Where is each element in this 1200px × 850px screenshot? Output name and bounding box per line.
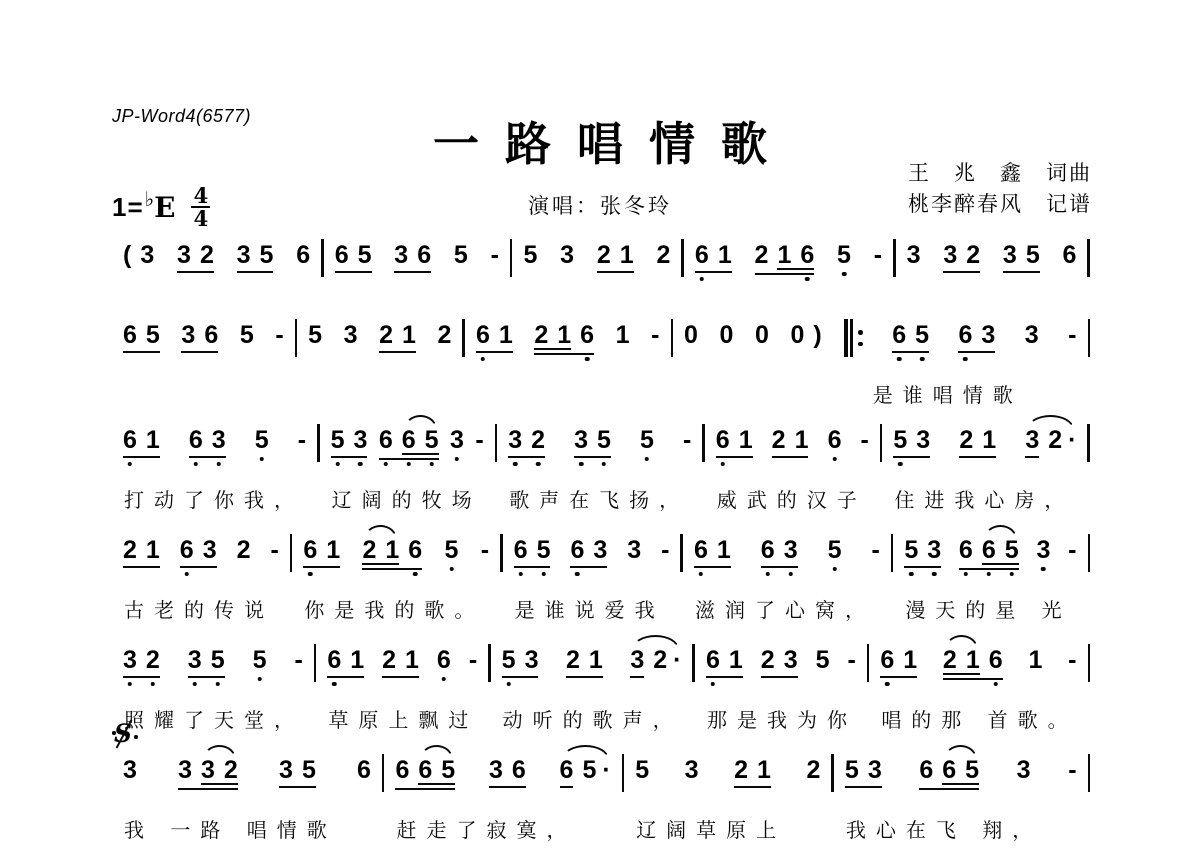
note-group: 5	[816, 647, 830, 673]
note-group: 216	[943, 647, 1003, 680]
note: 5	[904, 537, 918, 563]
beam-sixteenth: 21	[943, 647, 980, 675]
note-group: 61	[706, 647, 743, 678]
note: 3	[508, 427, 522, 453]
beam-sixteenth: 32	[201, 757, 238, 785]
note: 6	[357, 757, 371, 783]
note: 6	[418, 757, 432, 783]
duration-dash: -	[1068, 322, 1076, 348]
note: 6	[695, 242, 709, 268]
note-group: 36	[489, 757, 526, 788]
measure: 61635-打动了你我，	[112, 427, 317, 513]
note-group: 665	[379, 427, 439, 460]
note: 6	[512, 757, 526, 783]
note: 2	[237, 537, 251, 563]
music-system: 61635-打动了你我，536653-辽阔的牧场32355-歌声在飞扬，6121…	[112, 427, 1090, 513]
paren: (	[123, 242, 131, 268]
measure-notes: 0000)	[673, 322, 833, 368]
note-group: 21	[772, 427, 809, 458]
measure-notes: 612165-	[292, 537, 500, 583]
note: 2	[966, 242, 980, 268]
note-group: 61	[123, 427, 160, 458]
slur-arc: 32·	[1025, 427, 1076, 458]
credit-songwriter: 王 兆 鑫 词曲	[908, 158, 1092, 189]
note-group: 32	[943, 242, 980, 273]
beam-eighth: 53	[893, 427, 930, 458]
note: 3	[1017, 757, 1031, 783]
note: 2	[761, 647, 775, 673]
beam-eighth: 32	[943, 242, 980, 273]
note: 2	[379, 322, 393, 348]
measure-notes: 65633-	[503, 537, 681, 583]
note-group: 53	[331, 427, 368, 458]
note-group: 2	[237, 537, 251, 563]
note-group: 0	[755, 322, 769, 348]
slur-arc: 32·	[630, 647, 681, 678]
note-group: 53	[502, 647, 539, 678]
measure: 53212	[297, 322, 462, 368]
beam-sixteenth: 21	[362, 537, 399, 565]
note: 5	[1026, 242, 1040, 268]
note: 1	[557, 322, 571, 348]
beam-eighth: 61	[880, 647, 917, 678]
note-group	[844, 322, 863, 357]
note-group: 32	[508, 427, 545, 458]
note: 5	[828, 537, 842, 563]
beam-eighth: 216	[755, 242, 815, 275]
note: 3	[927, 537, 941, 563]
note: 5	[454, 242, 468, 268]
measure: 612161-唱的那 首歌。	[869, 647, 1087, 733]
beam-eighth: 35	[1003, 242, 1040, 273]
beam-eighth: 21	[566, 647, 603, 678]
beam-eighth: 665	[919, 757, 979, 790]
note-group: 5	[828, 537, 842, 563]
note: 5	[816, 647, 830, 673]
measure-notes: 61635-	[112, 427, 317, 473]
note: 5	[260, 242, 274, 268]
barline	[1088, 319, 1091, 357]
note: 1	[718, 242, 732, 268]
beam-eighth: 61	[716, 427, 753, 458]
note-group: 5	[640, 427, 654, 453]
segno-icon: S	[114, 721, 142, 751]
measure: 612165-你是我的歌。	[292, 537, 500, 623]
note: 5	[211, 647, 225, 673]
note-group: 21	[566, 647, 603, 678]
measure-notes: 53212	[624, 757, 831, 803]
note-group: 65	[123, 322, 160, 353]
note: 3	[237, 242, 251, 268]
note: 2	[224, 757, 238, 783]
note-group: 5	[837, 242, 851, 268]
note: 3	[181, 322, 195, 348]
measure: 536653-漫天的星 光	[893, 537, 1087, 623]
note-group: 53	[904, 537, 941, 568]
note-group: 63	[761, 537, 798, 568]
note: 3	[203, 537, 217, 563]
note: 3	[177, 242, 191, 268]
beam-sixteenth: 65	[418, 757, 455, 785]
measure: 65365-	[324, 242, 510, 288]
note-group: 2	[807, 757, 821, 783]
note-group: 6	[296, 242, 310, 268]
measure: 612165-	[684, 242, 893, 288]
note: 1	[717, 537, 731, 563]
beam-eighth: 35	[279, 757, 316, 788]
note-group: -	[475, 427, 483, 453]
note-group: 65	[892, 322, 929, 353]
note: 5	[358, 242, 372, 268]
note: 2	[146, 647, 160, 673]
augmentation-dot: ·	[1068, 427, 1076, 453]
beam-eighth: 65	[335, 242, 372, 273]
note: 6	[570, 537, 584, 563]
note: 2	[123, 537, 137, 563]
beam-eighth: 32	[177, 242, 214, 273]
beam-eighth: 21	[382, 647, 419, 678]
note: 6	[880, 647, 894, 673]
lyric-line: 那是我为你	[695, 704, 867, 733]
note-group: 6	[1063, 242, 1077, 268]
duration-dash: -	[847, 647, 855, 673]
note-group: 5	[240, 322, 254, 348]
note: 3	[212, 427, 226, 453]
note: 3	[140, 242, 154, 268]
measure: 32355-歌声在飞扬，	[497, 427, 702, 513]
repeat-dots	[858, 330, 863, 346]
note: 6	[437, 647, 451, 673]
note-group: (3	[123, 242, 154, 268]
note: 1	[729, 647, 743, 673]
beam-sixteenth: 65	[982, 537, 1019, 565]
note: 6	[476, 322, 490, 348]
note-group: 21	[382, 647, 419, 678]
duration-dash: -	[1068, 537, 1076, 563]
duration-dash: -	[651, 322, 659, 348]
note: 5	[1005, 537, 1019, 563]
note-group: -	[270, 537, 278, 563]
note-group: -	[294, 647, 302, 673]
measure-notes: 21632-	[112, 537, 290, 583]
slur-arc: 21	[362, 537, 399, 565]
key-signature: 1=♭E 4 4	[112, 186, 210, 228]
note: 1	[777, 242, 791, 268]
measure-notes: 536653-	[893, 537, 1087, 583]
beam-eighth: 3	[630, 647, 644, 678]
duration-dash: -	[275, 322, 283, 348]
note-group: 21	[597, 242, 634, 273]
beam-eighth: 53	[502, 647, 539, 678]
note: 1	[903, 647, 917, 673]
note: 5	[845, 757, 859, 783]
note: 1	[739, 427, 753, 453]
note-group: 6	[357, 757, 371, 783]
note: 2	[653, 647, 667, 673]
note: 1	[402, 322, 416, 348]
beam-eighth: 3	[1025, 427, 1039, 458]
duration-dash: -	[294, 647, 302, 673]
note: 2	[943, 647, 957, 673]
note: 3	[279, 757, 293, 783]
beam-eighth: 61	[327, 647, 364, 678]
beam-eighth: 665	[379, 427, 439, 460]
note: 5	[597, 427, 611, 453]
note: 3	[593, 537, 607, 563]
measure-notes: 65633-	[833, 322, 1088, 368]
beam-eighth: 61	[694, 537, 731, 568]
note-group: -	[491, 242, 499, 268]
measure: 536653-辽阔的牧场	[320, 427, 495, 513]
lyric-line: 唱的那 首歌。	[869, 704, 1087, 733]
beam-eighth: 35	[574, 427, 611, 458]
note-group: 3	[1036, 537, 1050, 563]
note-group: -	[651, 322, 659, 348]
duration-dash: -	[861, 427, 869, 453]
note-group: 21	[959, 427, 996, 458]
note: 6	[716, 427, 730, 453]
note-group: 35	[1003, 242, 1040, 273]
note: 6	[958, 322, 972, 348]
measure: 536653-我心在飞 翔，	[834, 757, 1088, 843]
note-group: -	[481, 537, 489, 563]
beam-eighth: 36	[181, 322, 218, 353]
time-signature: 4 4	[191, 186, 210, 228]
measure: 53212	[512, 242, 681, 288]
note-group: -	[298, 427, 306, 453]
note-group: 5	[523, 242, 537, 268]
measure-notes: 53212	[512, 242, 681, 288]
note-group: 0	[684, 322, 698, 348]
repeat-sign	[844, 319, 863, 357]
note: 6	[580, 322, 594, 348]
note: 3	[1036, 537, 1050, 563]
note-group: 3	[560, 242, 574, 268]
beam-eighth: 65	[892, 322, 929, 353]
note: 6	[402, 427, 416, 453]
note-group: 65·	[560, 757, 611, 788]
note: 2	[382, 647, 396, 673]
note-group: 0	[720, 322, 734, 348]
note: 3	[784, 537, 798, 563]
note-group: 665	[959, 537, 1019, 570]
note: 3	[123, 757, 137, 783]
note: 1	[620, 242, 634, 268]
note: 5	[441, 757, 455, 783]
note: 5	[537, 537, 551, 563]
note-group: 35	[574, 427, 611, 458]
beam-eighth: 21	[379, 322, 416, 353]
note-group: -	[683, 427, 691, 453]
note: 5	[445, 537, 459, 563]
measure-notes: 536653-	[834, 757, 1088, 803]
note-group: 665	[919, 757, 979, 790]
beam-eighth: 21	[959, 427, 996, 458]
measure-notes: 53212	[297, 322, 462, 368]
note-group: 63	[180, 537, 217, 568]
flat-icon: ♭	[145, 187, 154, 211]
note: 6	[942, 757, 956, 783]
note: 3	[916, 427, 930, 453]
measure-notes: 61235-	[695, 647, 867, 693]
note: 5	[582, 757, 596, 783]
note: 1	[385, 537, 399, 563]
note-group: 2	[656, 242, 670, 268]
note-group: 665	[395, 757, 455, 790]
note: 5	[240, 322, 254, 348]
note: 6	[303, 537, 317, 563]
lyric-line: 赶走了寂寞，	[384, 814, 621, 843]
duration-dash: -	[270, 537, 278, 563]
note: 6	[395, 757, 409, 783]
credits: 王 兆 鑫 词曲 桃李醉春风 记谱	[908, 158, 1092, 220]
measure-notes: 332356	[896, 242, 1088, 288]
beam-eighth: 63	[180, 537, 217, 568]
note-group: 35	[188, 647, 225, 678]
meter-denominator: 4	[194, 209, 209, 228]
note-group: 216	[534, 322, 594, 355]
lyric-line: 辽阔的牧场	[320, 484, 495, 513]
beam-eighth: 21	[734, 757, 771, 788]
note: 5	[425, 427, 439, 453]
note: 6	[694, 537, 708, 563]
measure: 65633-是谁唱情歌	[833, 322, 1088, 408]
note: 6	[828, 427, 842, 453]
note: 6	[800, 242, 814, 268]
measure-notes: 3332356	[112, 757, 382, 803]
note-group: 6	[828, 427, 842, 453]
slur-arc: 65	[418, 757, 455, 783]
note: 6	[982, 537, 996, 563]
measure: 65633-是谁说爱我	[503, 537, 681, 623]
beam-eighth: 216	[943, 647, 1003, 680]
note: 6	[1063, 242, 1077, 268]
note: 2	[438, 322, 452, 348]
note: 6	[761, 537, 775, 563]
barline	[1087, 424, 1090, 462]
note: 6	[180, 537, 194, 563]
beam-sixteenth: 65	[402, 427, 439, 455]
note: 6	[296, 242, 310, 268]
note: 6	[408, 537, 422, 563]
note: 5	[502, 647, 516, 673]
lyric-line: 草原上飘过	[316, 704, 488, 733]
measure-notes: 61635-	[683, 537, 891, 583]
duration-dash: -	[1068, 757, 1076, 783]
note: 3	[627, 537, 641, 563]
note: 3	[1025, 322, 1039, 348]
note-group: 61	[476, 322, 513, 353]
note-group: 32·	[630, 647, 681, 678]
note: 2	[755, 242, 769, 268]
lyric-line: 辽阔草原上	[624, 814, 831, 843]
note: 5	[331, 427, 345, 453]
beam-eighth: 35	[188, 647, 225, 678]
beam-sixteenth: 21	[534, 322, 571, 350]
measure-notes: (332356	[112, 242, 321, 288]
beam-eighth: 6	[560, 757, 574, 788]
beam-eighth: 61	[303, 537, 340, 568]
note-group: 61	[327, 647, 364, 678]
note: 5	[640, 427, 654, 453]
note: 5	[635, 757, 649, 783]
beam-eighth: 61	[123, 427, 160, 458]
note-group: 32	[177, 242, 214, 273]
measure: 0000)	[673, 322, 833, 368]
rest-note: 0	[791, 322, 805, 348]
slur-arc: 65	[982, 537, 1019, 563]
measure-notes: 65365-	[112, 322, 295, 368]
rest-note: 0	[720, 322, 734, 348]
note-group: 61	[303, 537, 340, 568]
note: 2	[734, 757, 748, 783]
note: 6	[560, 757, 574, 783]
note: 5	[255, 427, 269, 453]
key-prefix: 1=	[112, 192, 144, 223]
lyric-line: 漫天的星 光	[893, 594, 1087, 623]
note-group: -	[1068, 757, 1076, 783]
beam-eighth: 61	[476, 322, 513, 353]
note: 1	[966, 647, 980, 673]
beam-eighth: 216	[534, 322, 594, 355]
note-group: -	[871, 537, 879, 563]
lyric-line: 照耀了天堂，	[112, 704, 314, 733]
note-group: 65	[335, 242, 372, 273]
note: 3	[630, 647, 644, 673]
measure: 61235-那是我为你	[695, 647, 867, 733]
note-group: 53	[845, 757, 882, 788]
note: 2	[959, 427, 973, 453]
beam-eighth: 63	[570, 537, 607, 568]
lyric-line: 打动了你我，	[112, 484, 317, 513]
note-group: 32·	[1025, 427, 1076, 458]
note: 3	[354, 427, 368, 453]
note-group: 3	[450, 427, 464, 453]
slur-arc: 65	[942, 757, 979, 783]
note-group: -	[1068, 322, 1076, 348]
duration-dash: -	[683, 427, 691, 453]
note: 6	[959, 537, 973, 563]
duration-dash: -	[298, 427, 306, 453]
note: 6	[417, 242, 431, 268]
note-group: 2	[438, 322, 452, 348]
note: 6	[514, 537, 528, 563]
beam-eighth: 216	[362, 537, 422, 570]
duration-dash: -	[1068, 647, 1076, 673]
note: 3	[123, 647, 137, 673]
measure: 612161-	[465, 322, 671, 368]
note-group: 61	[716, 427, 753, 458]
note: 6	[919, 757, 933, 783]
note-group: -	[847, 647, 855, 673]
note-group: 3	[685, 757, 699, 783]
note: 1	[757, 757, 771, 783]
note-group: 35	[279, 757, 316, 788]
note-group: 32	[123, 647, 160, 678]
note: 6	[379, 427, 393, 453]
note-group: -	[469, 647, 477, 673]
note-group: 5	[253, 647, 267, 673]
duration-dash: -	[874, 242, 882, 268]
measure: 6653665·赶走了寂寞，	[384, 757, 621, 843]
barline	[1087, 239, 1090, 277]
note-group: 23	[761, 647, 798, 678]
note-group: 65	[514, 537, 551, 568]
measure: 61216-草原上飘过	[316, 647, 488, 733]
beam-eighth: 21	[772, 427, 809, 458]
lyric-line: 是谁说爱我	[503, 594, 681, 623]
beam-eighth: 32	[123, 647, 160, 678]
